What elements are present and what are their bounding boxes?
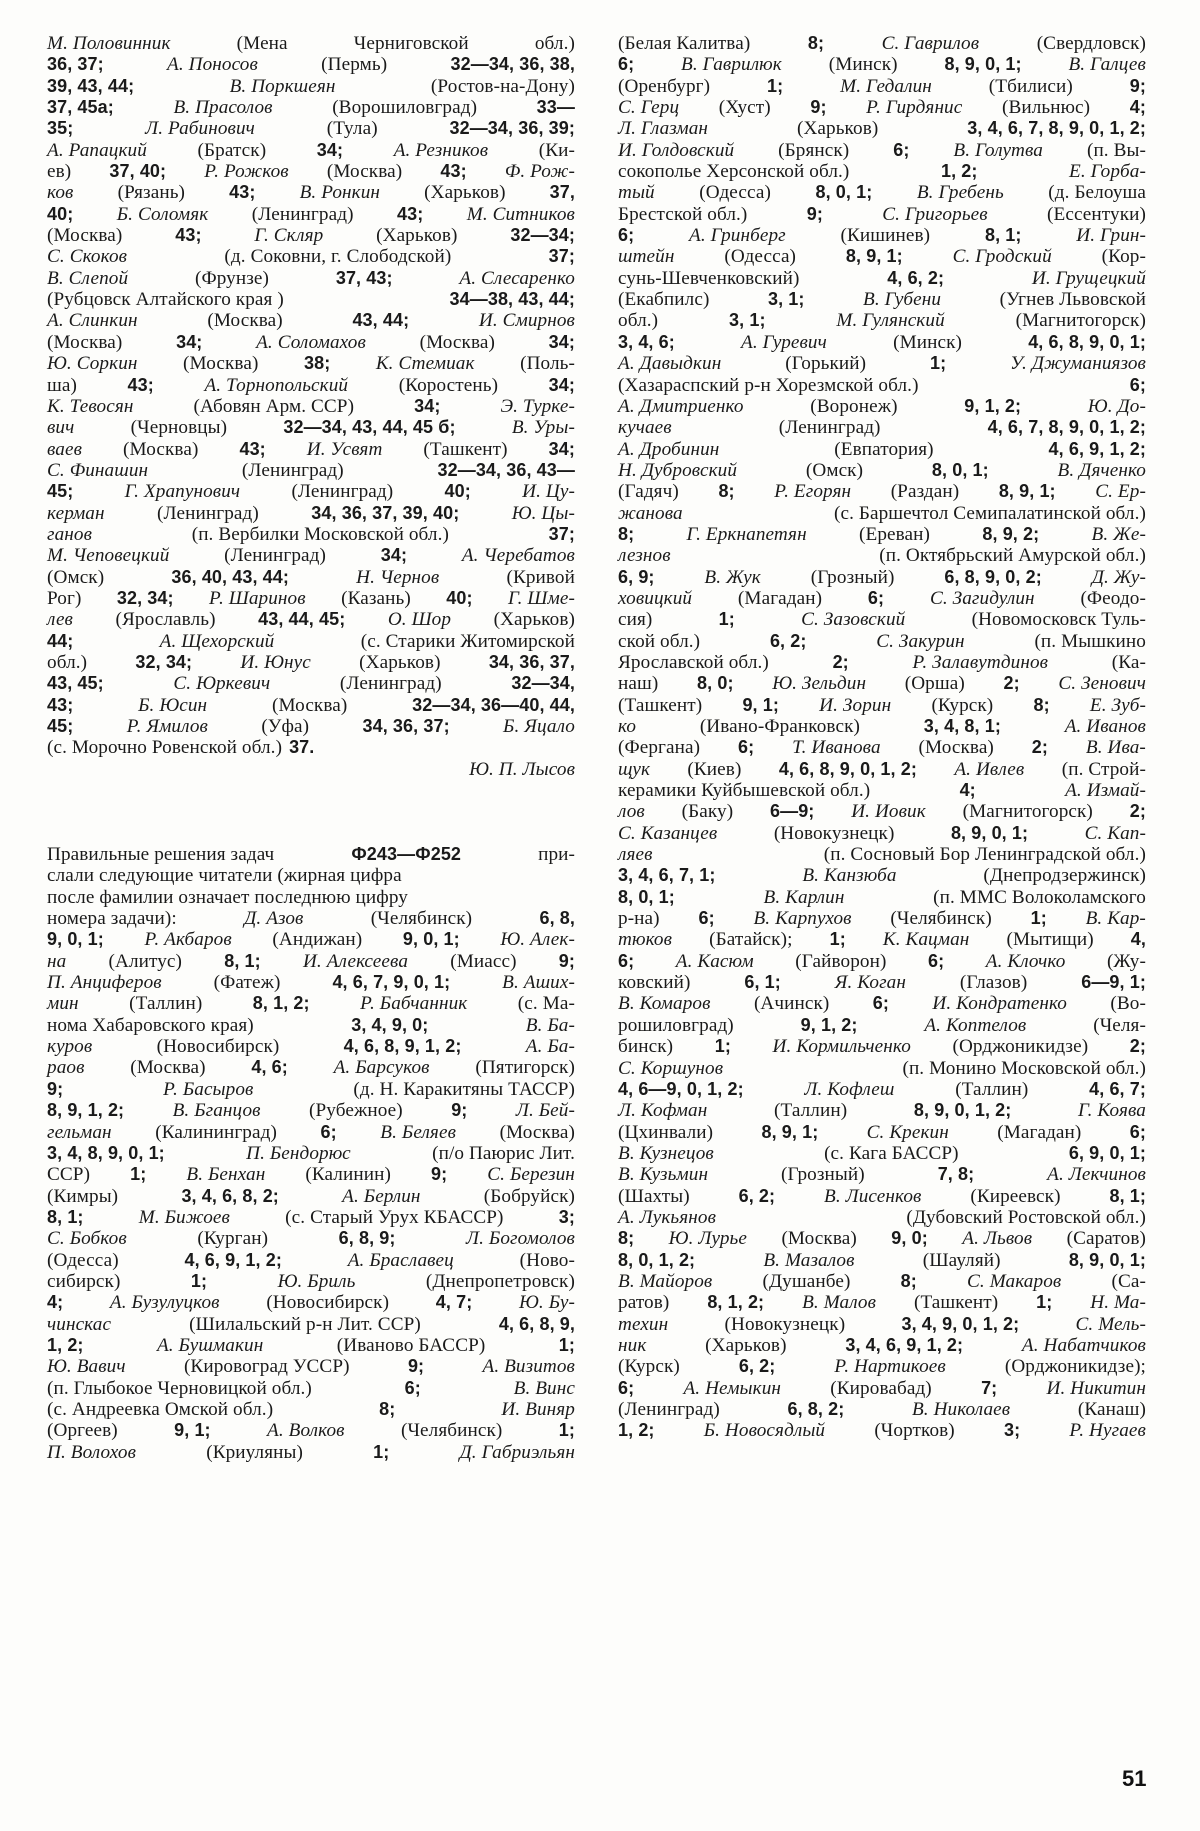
text: сибирск) — [47, 1271, 120, 1292]
text: (Курск) — [931, 695, 993, 716]
reader-name: А. Ивлев — [954, 759, 1024, 780]
problem-numbers: 9, 0, 1; — [47, 929, 104, 950]
text: (Магнитогорск) — [1016, 310, 1146, 331]
reader-name: Ю. Лурье — [669, 1228, 747, 1249]
problem-numbers: 33— — [537, 97, 575, 118]
problem-numbers: 9, 1, 2; — [964, 396, 1021, 417]
text: (Москва) — [207, 310, 282, 331]
text: керамики Куйбышевской обл.) — [618, 780, 870, 801]
reader-name: Л. Богомолов — [466, 1228, 575, 1249]
text-line: (Гадяч)8;Р. Егорян(Раздан)8, 9, 1;С. Ер- — [618, 481, 1146, 502]
problem-numbers: 4, 6, 8, 9, 0, 1, 2; — [779, 759, 917, 780]
text-line: 8, 0, 1, 2;В. Мазалов(Шауляй)8, 9, 0, 1; — [618, 1250, 1146, 1271]
text: (Коростень) — [399, 375, 498, 396]
text: (п. Вербилки Московской обл.) — [192, 524, 449, 545]
text: (Поль- — [520, 353, 575, 374]
problem-numbers: 39, 43, 44; — [47, 76, 134, 97]
problem-numbers: 6, 2; — [739, 1356, 776, 1377]
problem-numbers: 38; — [304, 353, 330, 374]
text-line: сокополье Херсонской обл.)1, 2;Е. Горба- — [618, 161, 1146, 182]
reader-name: В. Комаров — [618, 993, 711, 1014]
reader-name: С. Юркевич — [173, 673, 270, 694]
text: сокополье Херсонской обл.) — [618, 161, 849, 182]
reader-name: А. Касюм — [676, 951, 754, 972]
reader-name: А. Слинкин — [47, 310, 138, 331]
reader-name: Ю. Бу- — [519, 1292, 575, 1313]
text-line: 39, 43, 44;В. Поркшеян(Ростов-на-Дону) — [47, 76, 575, 97]
problem-numbers: 43, 44; — [352, 310, 409, 331]
problem-numbers: 6; — [873, 993, 889, 1014]
reader-name: А. Гринберг — [689, 225, 786, 246]
reader-name: А. Ба- — [526, 1036, 575, 1057]
problem-numbers: 8, 0, 1; — [932, 460, 989, 481]
text-line: Л. Кофман(Таллин)8, 9, 0, 1, 2;Г. Коява — [618, 1100, 1146, 1121]
text-line: 6, 9;В. Жук(Грозный)6, 8, 9, 0, 2;Д. Жу- — [618, 567, 1146, 588]
text-line: 8;Г. Еркнапетян(Ереван)8, 9, 2;В. Же- — [618, 524, 1146, 545]
text: (Кировабад) — [830, 1378, 932, 1399]
text: (Харьков) — [705, 1335, 786, 1356]
text-line: К. Тевосян(Абовян Арм. ССР)34;Э. Турке- — [47, 396, 575, 417]
problem-numbers: 2; — [1032, 737, 1048, 758]
problem-numbers: 3, 1; — [768, 289, 805, 310]
text-line: С. Бобков(Курган)6, 8, 9;Л. Богомолов — [47, 1228, 575, 1249]
reader-name: С. Бобков — [47, 1228, 127, 1249]
reader-name: А. Набатчиков — [1022, 1335, 1146, 1356]
text: р-на) — [618, 908, 660, 929]
text-line: А. Слинкин(Москва)43, 44;И. Смирнов — [47, 310, 575, 331]
problem-numbers: 3, 4, 6, 7, 1; — [618, 865, 715, 886]
text: (Челябинск) — [890, 908, 991, 929]
problem-numbers: 9, 0, 1; — [403, 929, 460, 950]
reader-name: Л. Кофлеш — [804, 1079, 894, 1100]
reader-name: Р. Нартикоев — [834, 1356, 946, 1377]
text-line: (Рубцовск Алтайского края )34—38, 43, 44… — [47, 289, 575, 310]
reader-name: С. Гродский — [953, 246, 1052, 267]
text-line: 37, 45а;В. Прасолов(Ворошиловград)33— — [47, 97, 575, 118]
text: (Харьков) — [494, 609, 575, 630]
reader-name: С. Закурин — [876, 631, 964, 652]
text: сия) — [618, 609, 652, 630]
text: (Ленинград) — [291, 481, 393, 502]
text: ратов) — [618, 1292, 669, 1313]
problem-numbers: 8; — [718, 481, 734, 502]
text-line: гельман(Калининград)6;В. Беляев(Москва) — [47, 1122, 575, 1143]
text-line: И. Голдовский(Брянск)6;В. Голутва(п. Вы- — [618, 140, 1146, 161]
text: (д. Белоуша — [1048, 182, 1146, 203]
reader-name: А. Щехорский — [160, 631, 275, 652]
text: ковский) — [618, 972, 690, 993]
text: (Ворошиловград) — [332, 97, 477, 118]
problem-numbers: 34—38, 43, 44; — [450, 289, 575, 310]
reader-name: В. Мазалов — [763, 1250, 854, 1271]
reader-name: К. Кацман — [883, 929, 970, 950]
text: (Канаш) — [1078, 1399, 1146, 1420]
text-line: (Курск)6, 2;Р. Нартикоев(Орджоникидзе); — [618, 1356, 1146, 1377]
problem-numbers: 32, 34; — [135, 652, 192, 673]
text-line: обл.)3, 1;М. Гулянский(Магнитогорск) — [618, 310, 1146, 331]
reader-name: Д. Габриэльян — [460, 1442, 576, 1463]
text-line: лов(Баку)6—9;И. Иовик(Магнитогорск)2; — [618, 801, 1146, 822]
reader-name: Г. Скляр — [254, 225, 323, 246]
text-line: ковский)6, 1;Я. Коган(Глазов)6—9, 1; — [618, 972, 1146, 993]
text-line: А. Давыдкин(Горький)1;У. Джуманиязов — [618, 353, 1146, 374]
problem-numbers: 4, 7; — [436, 1292, 473, 1313]
text: после фамилии означает последнюю цифру — [47, 887, 408, 908]
text-line: 36, 37;А. Поносов(Пермь)32—34, 36, 38, — [47, 54, 575, 75]
reader-name: В. Гаврилюк — [681, 54, 782, 75]
text: (Магадан) — [997, 1122, 1081, 1143]
problem-numbers: 9, 1; — [174, 1420, 211, 1441]
text: (Хазараспский р-н Хорезмской обл.) — [618, 375, 919, 396]
reader-name: Л. Глазман — [618, 118, 708, 139]
text-line: (Москва)43;Г. Скляр(Харьков)32—34; — [47, 225, 575, 246]
text: Рог) — [47, 588, 81, 609]
text-line: 1, 2;А. Бушмакин(Иваново БАССР)1; — [47, 1335, 575, 1356]
problem-numbers: 1; — [930, 353, 946, 374]
text-line: керман(Ленинград)34, 36, 37, 39, 40;Ю. Ц… — [47, 503, 575, 524]
text: (Москва) — [272, 695, 347, 716]
problem-numbers: 8, 0; — [697, 673, 734, 694]
text-line: 8, 1;М. Бижоев(с. Старый Урух КБАССР)3; — [47, 1207, 575, 1228]
text: (Новокузнецк) — [774, 823, 895, 844]
problem-numbers: 9; — [451, 1100, 467, 1121]
problem-numbers: 37, 45а; — [47, 97, 114, 118]
reader-name: Р. Бабчанник — [360, 993, 467, 1014]
text-line: тюков(Батайск);1;К. Кацман(Мытищи)4, — [618, 929, 1146, 950]
reader-name: В. Кузьмин — [618, 1164, 708, 1185]
reader-name: А. Гуревич — [741, 332, 827, 353]
reader-name: А. Волков — [267, 1420, 345, 1441]
text: (Одесса) — [699, 182, 771, 203]
text: (Екабпилс) — [618, 289, 709, 310]
problem-numbers: 8; — [808, 33, 824, 54]
text: (Тбилиси) — [989, 76, 1073, 97]
text: (Москва) — [781, 1228, 856, 1249]
text: (Москва) — [123, 439, 198, 460]
reader-name: А. Клочко — [986, 951, 1066, 972]
reader-name: лев — [47, 609, 73, 630]
text-line: мин(Таллин)8, 1, 2;Р. Бабчанник(с. Ма- — [47, 993, 575, 1014]
problem-numbers: 1; — [767, 76, 783, 97]
reader-name: ляев — [618, 844, 653, 865]
text-line: 44;А. Щехорский(с. Старики Житомирской — [47, 631, 575, 652]
problem-numbers: 4, 6, 8, 9, 0, 1; — [1028, 332, 1146, 353]
readers-list-section-2: Правильные решения задачФ243—Ф252при-сла… — [47, 844, 575, 1463]
text-line: р-на)6;В. Карпухов(Челябинск)1;В. Кар- — [618, 908, 1146, 929]
text: (Ачинск) — [754, 993, 829, 1014]
reader-name: И. Голдовский — [618, 140, 734, 161]
problem-numbers: 1, 2; — [618, 1420, 655, 1441]
problem-numbers: 34; — [549, 332, 575, 353]
problem-numbers: 9; — [807, 204, 823, 225]
text: (Новосибирск) — [157, 1036, 280, 1057]
text-line: сибирск)1;Ю. Бриль(Днепропетровск) — [47, 1271, 575, 1292]
text-line: Ю. Соркин(Москва)38;К. Стемиак(Поль- — [47, 353, 575, 374]
text-line: Н. Дубровский(Омск)8, 0, 1;В. Дяченко — [618, 460, 1146, 481]
text-line: А. Лукьянов(Дубовский Ростовской обл.) — [618, 1207, 1146, 1228]
reader-name: В. Галцев — [1068, 54, 1146, 75]
text: (Ленинград) — [618, 1399, 720, 1420]
reader-name: Т. Иванова — [792, 737, 881, 758]
problem-numbers: 34, 36, 37; — [363, 716, 450, 737]
text: (Брянск) — [778, 140, 849, 161]
text: слали следующие читатели (жирная цифра — [47, 865, 402, 886]
text: (Казань) — [341, 588, 411, 609]
problem-numbers: 8, 0, 1; — [815, 182, 872, 203]
reader-name: И. Алексеева — [303, 951, 408, 972]
text-line: 3, 4, 6, 7, 1;В. Канзюба(Днепродзержинск… — [618, 865, 1146, 886]
reader-name: А. Дробинин — [618, 439, 719, 460]
problem-numbers: 6; — [1130, 1122, 1146, 1143]
reader-name: Э. Турке- — [500, 396, 575, 417]
reader-name: В. Жук — [704, 567, 760, 588]
reader-name: А. Поносов — [167, 54, 258, 75]
problem-numbers: 3, 1; — [729, 310, 766, 331]
problem-numbers: 32, 34; — [117, 588, 174, 609]
reader-name: Р. Егорян — [774, 481, 851, 502]
reader-name: А. Черебатов — [462, 545, 575, 566]
reader-name: Н. Ма- — [1090, 1292, 1146, 1313]
text: (Орджоникидзе); — [1005, 1356, 1146, 1377]
text: (Калининград) — [155, 1122, 277, 1143]
readers-list-continued: (Белая Калитва)8;С. Гаврилов(Свердловск)… — [618, 33, 1146, 1442]
text-line: С. Финашин(Ленинград)32—34, 36, 43— — [47, 460, 575, 481]
problem-numbers: 3, 4, 9, 0; — [351, 1015, 428, 1036]
problem-numbers: 43, 44, 45; — [258, 609, 345, 630]
reader-name: А. Торнопольский — [204, 375, 348, 396]
reader-name: В. Беляев — [380, 1122, 456, 1143]
problem-numbers: 8, 9, 1; — [846, 246, 903, 267]
problem-numbers: 8; — [901, 1271, 917, 1292]
problem-numbers: 34, 36, 37, 39, 40; — [311, 503, 459, 524]
text: (Минск) — [829, 54, 898, 75]
problem-numbers: 8, 1, 2; — [707, 1292, 764, 1313]
text: (Курган) — [197, 1228, 268, 1249]
reader-name: А. Немыкин — [683, 1378, 781, 1399]
problem-numbers: 6; — [893, 140, 909, 161]
problem-numbers: 43; — [239, 439, 265, 460]
problem-numbers: 8, 0, 1, 2; — [618, 1250, 695, 1271]
reader-name: С. Скоков — [47, 246, 127, 267]
reader-name: К. Тевосян — [47, 396, 133, 417]
reader-name: Н. Чернов — [356, 567, 439, 588]
reader-name: И. Цу- — [522, 481, 575, 502]
problem-numbers: 3, 4, 6, 7, 8, 9, 0, 1, 2; — [967, 118, 1146, 139]
text: (Саратов) — [1067, 1228, 1146, 1249]
text: (Оргеев) — [47, 1420, 118, 1441]
problem-numbers: 8, 1; — [985, 225, 1022, 246]
text: (п. Сосновый Бор Ленинградской обл.) — [824, 844, 1146, 865]
reader-name: Н. Дубровский — [618, 460, 737, 481]
text-line: С. Герц(Хуст)9;Р. Гирдянис(Вильнюс)4; — [618, 97, 1146, 118]
reader-name: щук — [618, 759, 650, 780]
problem-numbers: 40; — [445, 481, 471, 502]
problem-numbers: 1, 2; — [47, 1335, 84, 1356]
text-line: 1, 2;Б. Новосядлый(Чортков)3;Р. Нугаев — [618, 1420, 1146, 1441]
text: (Кировоград УССР) — [184, 1356, 350, 1377]
reader-name: А. Бушмакин — [157, 1335, 263, 1356]
text-line: (Ташкент)9, 1;И. Зорин(Курск)8;Е. Зуб- — [618, 695, 1146, 716]
problem-numbers: 6; — [928, 951, 944, 972]
problem-numbers: 1; — [719, 609, 735, 630]
reader-name: Г. Шме- — [508, 588, 575, 609]
text: (Москва) — [47, 332, 122, 353]
reader-name: П. Бендорюс — [246, 1143, 351, 1164]
text: (Москва) — [130, 1057, 205, 1078]
text-line: рошиловград)9, 1, 2;А. Коптелов(Челя- — [618, 1015, 1146, 1036]
problem-numbers: 8; — [618, 524, 634, 545]
text: (с. Андреевка Омской обл.) — [47, 1399, 273, 1420]
text: Брестской обл.) — [618, 204, 747, 225]
text: (Одесса) — [724, 246, 796, 267]
text: (Ленинград) — [340, 673, 442, 694]
problem-numbers: 43; — [175, 225, 201, 246]
problem-numbers: 6, 2; — [739, 1186, 776, 1207]
reader-name: гельман — [47, 1122, 112, 1143]
reader-name: В. Канзюба — [802, 865, 896, 886]
text: (Ленинград) — [224, 545, 326, 566]
text-line: С. Коршунов(п. Монино Московской обл.) — [618, 1058, 1146, 1079]
problem-numbers: 1, 2; — [941, 161, 978, 182]
problem-numbers: 37, 40; — [109, 161, 166, 182]
problem-numbers: 4, 6, 9, 1, 2; — [1049, 439, 1146, 460]
text-line: (Екабпилс)3, 1;В. Губени(Угнев Львовской — [618, 289, 1146, 310]
problem-numbers: 9; — [408, 1356, 424, 1377]
text-line: 9;Р. Басыров(д. Н. Каракитяны ТАССР) — [47, 1079, 575, 1100]
reader-name: А. Соломахов — [256, 332, 366, 353]
text-line: Ю. Вавич(Кировоград УССР)9;А. Визитов — [47, 1356, 575, 1377]
text: (Батайск); — [709, 929, 792, 950]
section-spacer — [47, 780, 575, 844]
reader-name: Л. Кофман — [618, 1100, 707, 1121]
reader-name: В. Малов — [802, 1292, 876, 1313]
reader-name: Ф. Рож- — [505, 161, 575, 182]
text: (Ессентуки) — [1047, 204, 1146, 225]
text-line: штейн(Одесса)8, 9, 1;С. Гродский(Кор- — [618, 246, 1146, 267]
problem-numbers: 1; — [191, 1271, 207, 1292]
reader-name: кучаев — [618, 417, 672, 438]
reader-name: Б. Юсин — [138, 695, 207, 716]
reader-name: М. Чеповецкий — [47, 545, 169, 566]
reader-name: И. Зорин — [819, 695, 891, 716]
text-line: (с. Морочно Ровенской обл.)37. — [47, 737, 575, 758]
text: (Евпатория) — [834, 439, 933, 460]
text: (д. Соковни, г. Слободской) — [224, 246, 451, 267]
text-line: ховицкий(Магадан)6;С. Загидулин(Феодо- — [618, 588, 1146, 609]
problem-numbers: 40; — [47, 204, 73, 225]
reader-name: В. Ронкин — [300, 182, 380, 203]
text: (Харьков) — [359, 652, 440, 673]
text-line: А. Дробинин(Евпатория)4, 6, 9, 1, 2; — [618, 439, 1146, 460]
reader-name: И. Никитин — [1047, 1378, 1146, 1399]
text-line: (Хазараспский р-н Хорезмской обл.)6; — [618, 375, 1146, 396]
text: (Иваново БАССР) — [337, 1335, 486, 1356]
reader-name: А. Визитов — [483, 1356, 576, 1377]
text-line: 45;Г. Храпунович(Ленинград)40;И. Цу- — [47, 481, 575, 502]
text: (Рязань) — [118, 182, 185, 203]
text: ССР) — [47, 1164, 90, 1185]
reader-name: С. Герц — [618, 97, 679, 118]
problem-numbers: 37. — [289, 737, 314, 758]
text: сунь-Шевченковский) — [618, 268, 799, 289]
text: (Ленинград) — [779, 417, 881, 438]
reader-name: ник — [618, 1335, 646, 1356]
problem-numbers: 6; — [321, 1122, 337, 1143]
reader-name: С. Березин — [487, 1164, 575, 1185]
text: при- — [538, 844, 575, 865]
reader-name: А. Лекчинов — [1047, 1164, 1146, 1185]
text: (Рубежное) — [309, 1100, 403, 1121]
reader-name: Л. Рабинович — [145, 118, 255, 139]
text: (п/о Паюрис Лит. — [432, 1143, 575, 1164]
text: (Братск) — [198, 140, 267, 161]
reader-name: И. Кормильченко — [772, 1036, 910, 1057]
text: Черниговской — [354, 33, 469, 54]
text: (Фатеж) — [214, 972, 281, 993]
text-line: Правильные решения задачФ243—Ф252при- — [47, 844, 575, 865]
text-line: (Цхинвали)8, 9, 1;С. Крекин(Магадан)6; — [618, 1122, 1146, 1143]
reader-name: А. Берлин — [342, 1186, 420, 1207]
text-line: 6;А. Немыкин(Кировабад)7;И. Никитин — [618, 1378, 1146, 1399]
problem-numbers: 4; — [1130, 97, 1146, 118]
problem-numbers: 34; — [381, 545, 407, 566]
problem-numbers: 8, 9, 1; — [999, 481, 1056, 502]
text-line: (Шахты)6, 2;В. Лисенков(Киреевск)8, 1; — [618, 1186, 1146, 1207]
text-line: М. Половинник(МенаЧерниговскойобл.) — [47, 33, 575, 54]
reader-name: Р. Залавутдинов — [912, 652, 1048, 673]
text: (Кривой — [506, 567, 575, 588]
problem-numbers: 8, 1; — [224, 951, 261, 972]
text: (Шахты) — [618, 1186, 690, 1207]
text: (д. Н. Каракитяны ТАССР) — [353, 1079, 575, 1100]
text-line: ваев(Москва)43;И. Усвят(Ташкент)34; — [47, 439, 575, 460]
problem-numbers: 34; — [176, 332, 202, 353]
text: (Курск) — [618, 1356, 680, 1377]
text: (Москва) — [47, 225, 122, 246]
text: обл.) — [47, 652, 87, 673]
reader-name: Ю. Алек- — [500, 929, 575, 950]
reader-name: В. Ба- — [526, 1015, 575, 1036]
text-line: (п. Глыбокое Черновицкой обл.)6;В. Винс — [47, 1378, 575, 1399]
reader-name: М. Бижоев — [139, 1207, 230, 1228]
problem-numbers: 6, 9, 0, 1; — [1069, 1143, 1146, 1164]
text: (Пятигорск) — [475, 1057, 575, 1078]
reader-name: В. Гребень — [917, 182, 1004, 203]
text-line: 45;Р. Ямилов(Уфа)34, 36, 37;Б. Яцало — [47, 716, 575, 737]
text: (Алитус) — [109, 951, 183, 972]
reader-name: И. Грущецкий — [1032, 268, 1146, 289]
problem-numbers: 6, 8, — [539, 908, 575, 929]
reader-name: М. Половинник — [47, 33, 171, 54]
problem-numbers: 9, 0; — [891, 1228, 928, 1249]
reader-name: Р. Рожков — [204, 161, 288, 182]
problem-numbers: 32—34, 36, 43— — [438, 460, 576, 481]
reader-name: Б. Новосядлый — [704, 1420, 825, 1441]
problem-numbers: 1; — [830, 929, 846, 950]
problem-numbers: 34; — [549, 375, 575, 396]
problem-numbers: 8, 9, 0, 1; — [1069, 1250, 1146, 1271]
text: (Хуст) — [719, 97, 771, 118]
problem-numbers: 6; — [738, 737, 754, 758]
text-line: В. Комаров(Ачинск)6;И. Кондратенко(Во- — [618, 993, 1146, 1014]
problem-numbers: 6, 1; — [744, 972, 781, 993]
text: (Ростов-на-Дону) — [431, 76, 575, 97]
problem-numbers: 6; — [618, 225, 634, 246]
problem-numbers: 4; — [47, 1292, 63, 1313]
problem-numbers: 7, 8; — [938, 1164, 975, 1185]
text: (п. Мышкино — [1034, 631, 1146, 652]
problem-numbers: 2; — [833, 652, 849, 673]
